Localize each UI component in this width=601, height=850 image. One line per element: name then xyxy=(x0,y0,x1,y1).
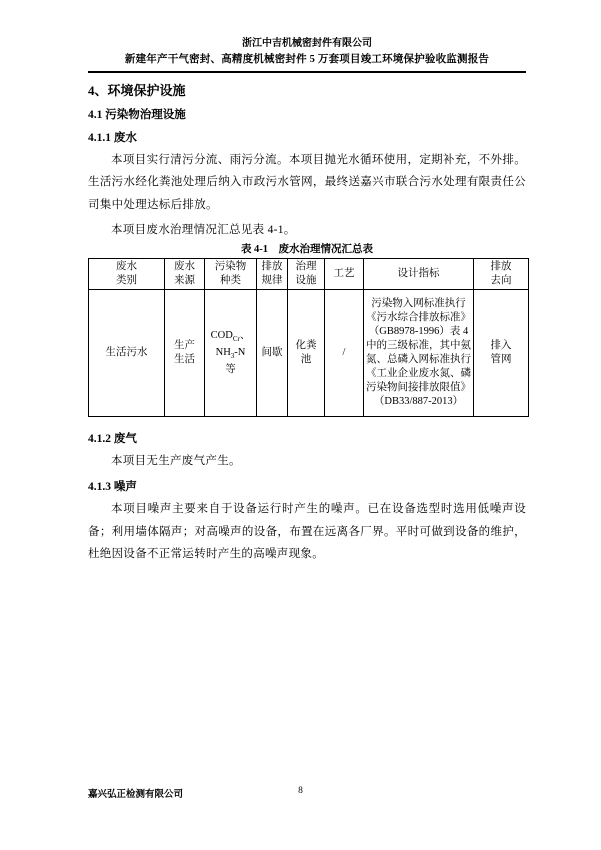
table-caption: 表 4-1 废水治理情况汇总表 xyxy=(88,242,526,257)
table-header-row: 废水 类别 废水 来源 污染物 种类 排放 规律 治理 设施 工艺 设计指标 排… xyxy=(89,259,529,290)
cell-wastewater-source: 生产 生活 xyxy=(165,290,205,417)
cell-design-standard: 污染物入网标准执行 《污水综合排放标准》 （GB8978-1996）表 4 中的… xyxy=(364,290,474,417)
heading-section-4: 4、环境保护设施 xyxy=(88,82,526,99)
running-head-company: 浙江中吉机械密封件有限公司 xyxy=(88,36,526,52)
heading-section-4-1-3: 4.1.3 噪声 xyxy=(88,479,526,495)
col-header-process: 工艺 xyxy=(325,259,364,290)
col-header-treatment-facility: 治理 设施 xyxy=(288,259,325,290)
paragraph-noise: 本项目噪声主要来自于设备运行时产生的噪声。已在设备选型时选用低噪声设备；利用墙体… xyxy=(88,498,526,565)
running-head-report-title: 新建年产干气密封、高精度机械密封件 5 万套项目竣工环境保护验收监测报告 xyxy=(88,52,526,68)
cell-discharge-destination: 排入 管网 xyxy=(474,290,529,417)
col-header-design-standard: 设计指标 xyxy=(364,259,474,290)
page-content: 浙江中吉机械密封件有限公司 新建年产干气密封、高精度机械密封件 5 万套项目竣工… xyxy=(88,36,526,565)
running-head: 浙江中吉机械密封件有限公司 新建年产干气密封、高精度机械密封件 5 万套项目竣工… xyxy=(88,36,526,73)
cell-process: / xyxy=(325,290,364,417)
col-header-discharge-pattern: 排放 规律 xyxy=(257,259,288,290)
paragraph-wastewater-2: 本项目废水治理情况汇总见表 4-1。 xyxy=(88,219,526,241)
col-header-discharge-destination: 排放 去向 xyxy=(474,259,529,290)
footer-page-number: 8 xyxy=(0,786,601,796)
document-page: 浙江中吉机械密封件有限公司 新建年产干气密封、高精度机械密封件 5 万套项目竣工… xyxy=(0,0,601,850)
col-header-wastewater-source: 废水 来源 xyxy=(165,259,205,290)
heading-section-4-1-2: 4.1.2 废气 xyxy=(88,431,526,447)
heading-section-4-1: 4.1 污染物治理设施 xyxy=(88,107,526,123)
table-row: 生活污水 生产 生活 CODCr、 NH3-N 等 间歇 化粪 池 / 污染物入… xyxy=(89,290,529,417)
wastewater-summary-table: 废水 类别 废水 来源 污染物 种类 排放 规律 治理 设施 工艺 设计指标 排… xyxy=(88,258,529,417)
heading-section-4-1-1: 4.1.1 废水 xyxy=(88,130,526,146)
paragraph-gas: 本项目无生产废气产生。 xyxy=(88,450,526,472)
paragraph-wastewater-1: 本项目实行清污分流、雨污分流。本项目抛光水循环使用，定期补充，不外排。生活污水经… xyxy=(88,149,526,216)
col-header-wastewater-type: 废水 类别 xyxy=(89,259,165,290)
cell-pollutant-kind: CODCr、 NH3-N 等 xyxy=(205,290,257,417)
cell-discharge-pattern: 间歇 xyxy=(257,290,288,417)
cell-treatment-facility: 化粪 池 xyxy=(288,290,325,417)
col-header-pollutant-kind: 污染物 种类 xyxy=(205,259,257,290)
cell-wastewater-type: 生活污水 xyxy=(89,290,165,417)
